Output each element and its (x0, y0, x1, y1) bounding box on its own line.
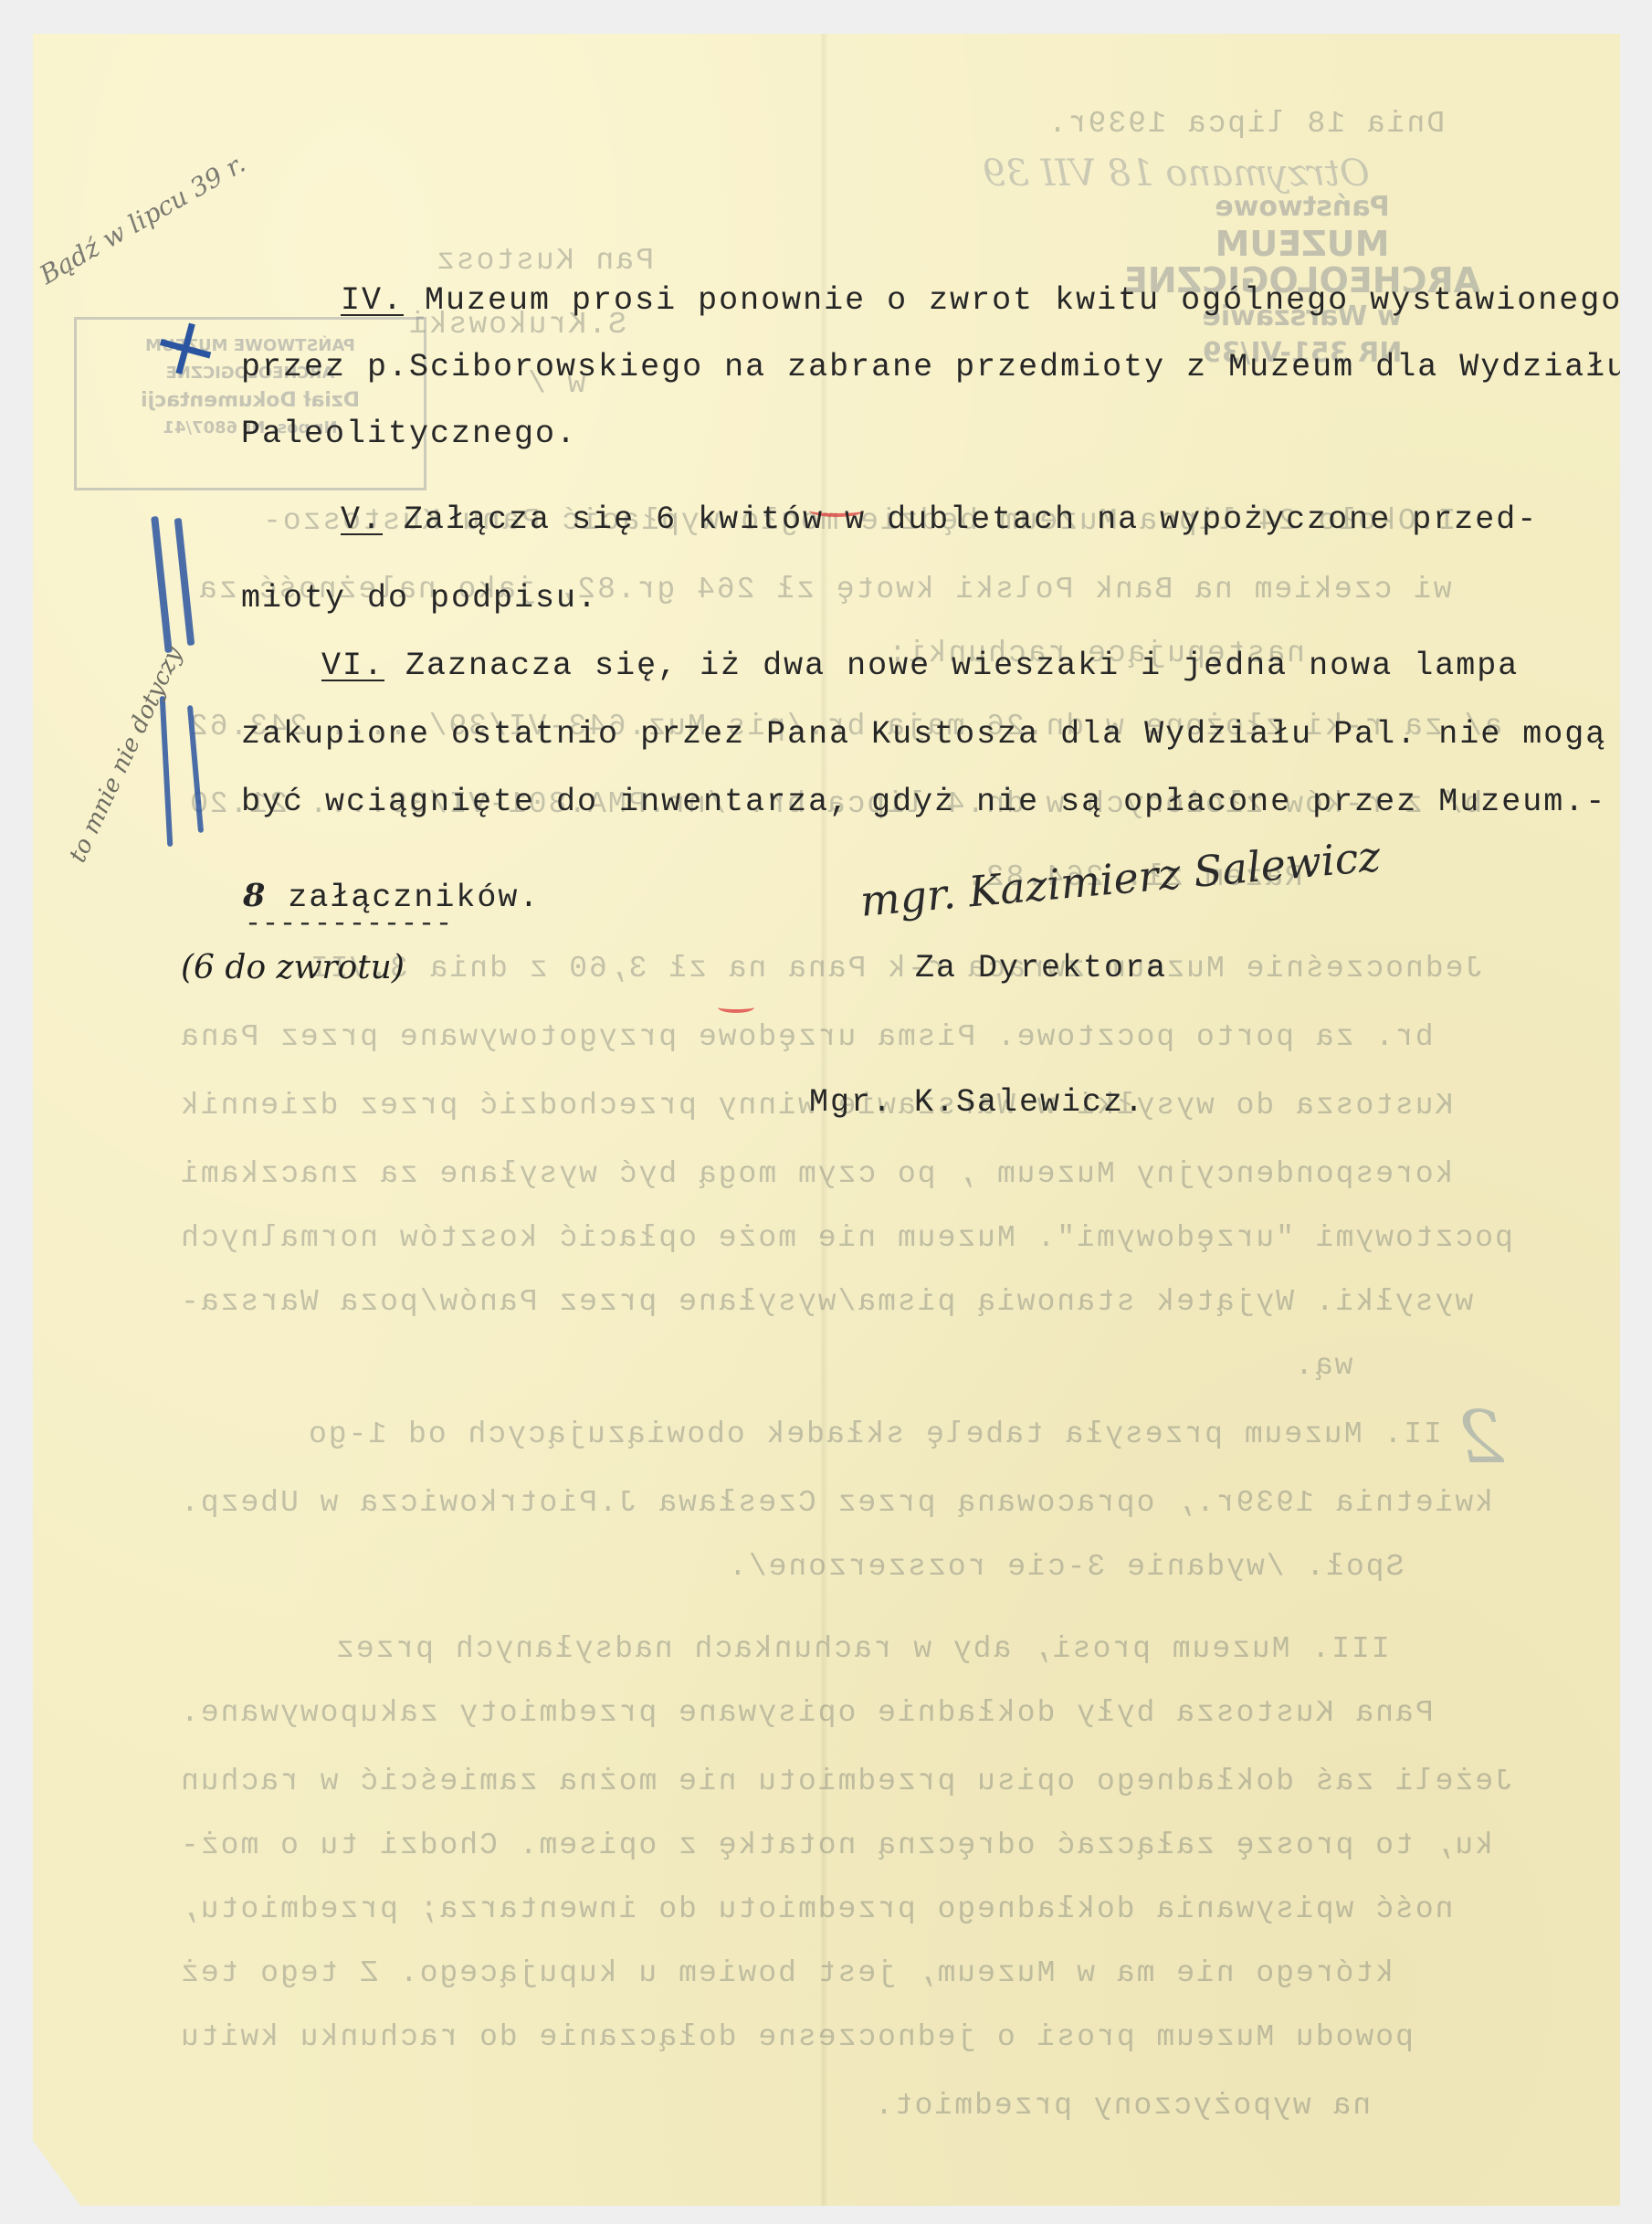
bleed-line: Jednocześnie Muzeum zwraca r-k Pana na z… (289, 952, 1483, 986)
signature-role: Za Dyrektora (915, 950, 1167, 986)
document-page: Dnia 18 lipca 1939r. Otrzymano 18 VII 39… (33, 34, 1620, 2206)
stamp-line: Dział Dokumentacji (77, 387, 424, 415)
bleed-line: III. Muzeum prosi, aby w rachunkach nads… (334, 1632, 1390, 1666)
bleed-line: Jeżeli zaś dokładnego opisu przedmiotu n… (179, 1765, 1513, 1798)
section-vi-line-3: być wciągnięte do inwentarza, gdyż nie s… (241, 784, 1606, 820)
section-text: Zaznacza się, iż dwa nowe wieszaki i jed… (405, 648, 1519, 684)
bleed-line: br. za porto pocztowe. Pisma urzędowe pr… (179, 1020, 1434, 1054)
red-pencil-mark (718, 1002, 754, 1013)
enclosures-dashes: ------------ (245, 909, 453, 940)
bleed-line: ku, to proszę załączać odręczną notatkę … (179, 1829, 1493, 1862)
section-v-line-1: V. Załącza się 6 kwitów w dubletach na w… (341, 501, 1538, 538)
section-iv-line-2: przez p.Sciborowskiego na zabrane przedm… (241, 349, 1627, 385)
section-vi-line-1: VI. Zaznacza się, iż dwa nowe wieszaki i… (321, 648, 1519, 684)
bleed-line: którego nie ma w Muzeum, jest bowiem u k… (179, 1956, 1394, 1990)
signature-name: Mgr. K.Salewicz. (809, 1084, 1145, 1121)
stamp-line: Państwowe (1065, 189, 1540, 226)
blue-pencil-line (151, 516, 173, 653)
bleed-stamp-right: Państwowe MUZEUM ARCHEOLOGICZNE w Warsza… (1065, 189, 1540, 344)
bleed-stamp-left: PAŃSTWOWE MUZEUM ARCHEOLOGICZNE Dział Do… (74, 317, 426, 490)
section-text: Muzeum prosi ponownie o zwrot kwitu ogól… (425, 282, 1622, 319)
bleed-date: Dnia 18 lipca 1939r. (1047, 107, 1445, 141)
bleed-line: korespondencyjny Muzeum , po czym mogą b… (179, 1157, 1453, 1191)
bleed-line: kwietnia 1939r., opracowaną przez Czesła… (179, 1486, 1493, 1520)
section-iv-line-3: Paleolitycznego. (241, 416, 577, 452)
bleed-line: pocztowymi "urzędowymi". Muzeum nie może… (179, 1221, 1513, 1255)
margin-note-top-left: Bądź w lipcu 39 r. (35, 148, 250, 290)
section-text: Załącza się 6 kwitów w dubletach na wypo… (404, 501, 1538, 538)
enclosures-handwritten-note: (6 do zwrotu) (181, 949, 405, 986)
bleed-page-mark: 2 (1457, 1395, 1504, 1480)
bleed-line: ność wpisywania dokładnego przedmiotu do… (179, 1892, 1453, 1926)
bleed-line: Społ. /wydanie 3-cie rozszerzone/. (727, 1550, 1404, 1584)
blue-pencil-line (160, 696, 174, 847)
bleed-line: wysyłki. Wyjątek stanowią pisma/wysyłane… (179, 1285, 1473, 1319)
section-number: VI. (321, 648, 384, 684)
section-number: IV. (341, 282, 404, 319)
bleed-addressee-1: Pan Kustosz (435, 244, 654, 278)
bleed-line: wą. (1293, 1349, 1352, 1383)
bleed-line: na wypożyczony przedmiot. (873, 2089, 1371, 2123)
section-v-line-2: mioty do podpisu. (241, 580, 598, 617)
section-iv-line-1: IV. Muzeum prosi ponownie o zwrot kwitu … (341, 282, 1622, 319)
margin-note-vi: to mnie nie dotyczy (64, 690, 166, 867)
handwritten-signature: mgr. Kazimierz Salewicz (858, 831, 1383, 926)
bleed-line: powodu Muzeum prosi o jednoczesne dołącz… (179, 2020, 1414, 2054)
bleed-line: II. Muzeum przesyła tabelę składek obowi… (307, 1418, 1442, 1451)
bleed-line: Pana Kustosza były dokładnie opisywane p… (179, 1696, 1434, 1730)
section-vi-line-2: zakupione ostatnio przez Pana Kustosza d… (241, 716, 1606, 753)
blue-pencil-line (174, 518, 195, 646)
section-number: V. (341, 501, 383, 538)
